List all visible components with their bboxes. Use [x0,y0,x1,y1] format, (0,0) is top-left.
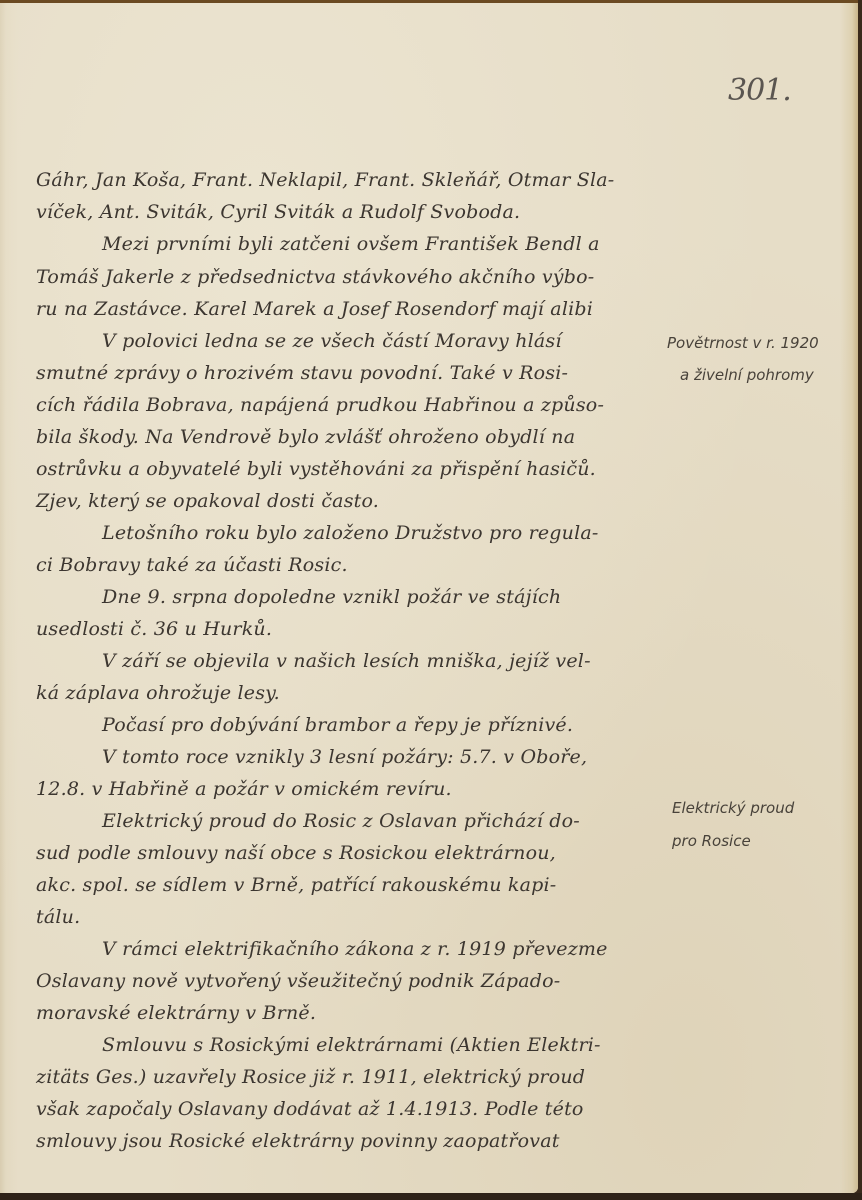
text-line: ostrůvku a obyvatelé byli vystěhováni za… [36,458,596,480]
text-line: sud podle smlouvy naší obce s Rosickou e… [36,842,556,864]
text-line: Zjev, který se opakoval dosti často. [36,490,379,512]
text-line: smutné zprávy o hrozivém stavu povodní. … [36,362,568,384]
text-line: V rámci elektrifikačního zákona z r. 191… [102,938,608,960]
text-line: 12.8. v Habřině a požár v omickém revíru… [36,778,452,800]
text-line: moravské elektrárny v Brně. [36,1002,316,1024]
page-number: 301. [728,73,791,108]
text-line: akc. spol. se sídlem v Brně, patřící rak… [36,874,556,896]
text-line: zitäts Ges.) uzavřely Rosice již r. 1911… [36,1066,585,1088]
text-line: Smlouvu s Rosickými elektrárnami (Aktien… [102,1034,601,1056]
text-line: Elektrický proud do Rosic z Oslavan přic… [102,810,580,832]
text-line: ká záplava ohrožuje lesy. [36,682,280,704]
text-line: Počasí pro dobývání brambor a řepy je př… [102,714,573,736]
text-line: Mezi prvními byli zatčeni ovšem Františe… [102,233,600,255]
text-line: ru na Zastávce. Karel Marek a Josef Rose… [36,298,593,320]
text-line: Oslavany nově vytvořený všeužitečný podn… [36,970,560,992]
margin-note-weather: a živelní pohromy [680,366,814,384]
text-line: cích řádila Bobrava, napájená prudkou Ha… [36,394,604,416]
text-line: Tomáš Jakerle z předsednictva stávkového… [36,266,594,288]
margin-note-electricity: pro Rosice [672,832,751,850]
text-line: V září se objevila v našich lesích mnišk… [102,650,591,672]
margin-note-weather: Povětrnost v r. 1920 [667,334,819,352]
text-line: Gáhr, Jan Koša, Frant. Neklapil, Frant. … [36,169,614,191]
text-line: víček, Ant. Sviták, Cyril Sviták a Rudol… [36,201,520,223]
document-page: 301. Gáhr, Jan Koša, Frant. Neklapil, Fr… [0,0,858,1193]
text-line: V tomto roce vznikly 3 lesní požáry: 5.7… [102,746,587,768]
page-edge [0,1193,862,1200]
text-line: V polovici ledna se ze všech částí Morav… [102,330,562,352]
text-line: tálu. [36,906,80,928]
text-line: ci Bobravy také za účasti Rosic. [36,554,348,576]
text-line: usedlosti č. 36 u Hurků. [36,618,272,640]
text-line: Letošního roku bylo založeno Družstvo pr… [102,522,599,544]
text-line: však započaly Oslavany dodávat až 1.4.19… [36,1098,584,1120]
text-line: smlouvy jsou Rosické elektrárny povinny … [36,1130,560,1152]
text-line: bila škody. Na Vendrově bylo zvlášť ohro… [36,426,575,448]
margin-note-electricity: Elektrický proud [672,799,794,817]
text-line: Dne 9. srpna dopoledne vznikl požár ve s… [102,586,561,608]
